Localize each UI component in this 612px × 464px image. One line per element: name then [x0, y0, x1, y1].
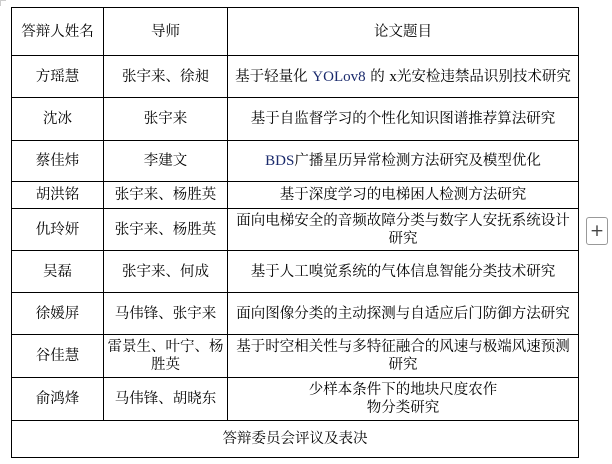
- committee-review-vote: 答辩委员会评议及表决: [12, 421, 579, 458]
- thesis-title: 基于自监督学习的个性化知识图谱推荐算法研究: [228, 98, 579, 141]
- thesis-title-line: 物分类研究: [231, 399, 575, 417]
- advisor-names: 马伟锋、张宇来: [104, 293, 228, 335]
- advisor-names: 张宇来: [104, 98, 228, 141]
- student-name: 俞鸿烽: [12, 378, 104, 421]
- advisor-names: 李建文: [104, 141, 228, 182]
- student-name: 胡洪铭: [12, 182, 104, 209]
- thesis-title: 基于深度学习的电梯困人检测方法研究: [228, 182, 579, 209]
- thesis-title: 少样本条件下的地块尺度农作 物分类研究: [228, 378, 579, 421]
- table-row: 俞鸿烽 马伟锋、胡晓东 少样本条件下的地块尺度农作 物分类研究: [12, 378, 579, 421]
- thesis-title-part: 基于轻量化: [235, 69, 308, 85]
- add-row-button[interactable]: +: [586, 217, 608, 245]
- student-name: 方瑶慧: [12, 56, 104, 98]
- thesis-title-part: 光安检违禁品识别技术研究: [397, 69, 571, 85]
- thesis-title-acronym: BDS: [265, 153, 294, 169]
- thesis-title: 基于轻量化 YOLov8 的 x光安检违禁品识别技术研究: [228, 56, 579, 98]
- table-footer-row: 答辩委员会评议及表决: [12, 421, 579, 458]
- student-name: 谷佳慧: [12, 335, 104, 378]
- table-row: 徐媛屏 马伟锋、张宇来 面向图像分类的主动探测与自适应后门防御方法研究: [12, 293, 579, 335]
- student-name: 沈冰: [12, 98, 104, 141]
- thesis-title: 基于人工嗅觉系统的气体信息智能分类技术研究: [228, 251, 579, 293]
- thesis-title-model-name: YOLov8: [312, 69, 365, 85]
- thesis-title-line: 少样本条件下的地块尺度农作: [231, 381, 575, 399]
- table-row: 蔡佳炜 李建文 BDS广播星历异常检测方法研究及模型优化: [12, 141, 579, 182]
- thesis-title: BDS广播星历异常检测方法研究及模型优化: [228, 141, 579, 182]
- table-row: 胡洪铭 张宇来、杨胜英 基于深度学习的电梯困人检测方法研究: [12, 182, 579, 209]
- page-corner-mark: [0, 0, 6, 6]
- plus-icon: +: [590, 223, 604, 240]
- advisor-names: 张宇来、杨胜英: [104, 182, 228, 209]
- table-row: 方瑶慧 张宇来、徐昶 基于轻量化 YOLov8 的 x光安检违禁品识别技术研究: [12, 56, 579, 98]
- header-advisor: 导师: [104, 8, 228, 56]
- header-student-name: 答辩人姓名: [12, 8, 104, 56]
- table-row: 仇玲妍 张宇来、杨胜英 面向电梯安全的音频故障分类与数字人安抚系统设计研究: [12, 209, 579, 251]
- table-row: 沈冰 张宇来 基于自监督学习的个性化知识图谱推荐算法研究: [12, 98, 579, 141]
- thesis-title-part: 的: [370, 69, 385, 85]
- advisor-names: 张宇来、徐昶: [104, 56, 228, 98]
- header-thesis-title: 论文题目: [228, 8, 579, 56]
- student-name: 徐媛屏: [12, 293, 104, 335]
- table-row: 吴磊 张宇来、何成 基于人工嗅觉系统的气体信息智能分类技术研究: [12, 251, 579, 293]
- student-name: 仇玲妍: [12, 209, 104, 251]
- advisor-names: 雷景生、叶宁、杨胜英: [104, 335, 228, 378]
- thesis-title: 面向图像分类的主动探测与自适应后门防御方法研究: [228, 293, 579, 335]
- thesis-title: 基于时空相关性与多特征融合的风速与极端风速预测研究: [228, 335, 579, 378]
- thesis-title: 面向电梯安全的音频故障分类与数字人安抚系统设计研究: [228, 209, 579, 251]
- student-name: 吴磊: [12, 251, 104, 293]
- advisor-names: 张宇来、何成: [104, 251, 228, 293]
- table-header-row: 答辩人姓名 导师 论文题目: [12, 8, 579, 56]
- thesis-title-part: 广播星历异常检测方法研究及模型优化: [294, 153, 541, 169]
- thesis-title-xray-letter: x: [389, 69, 397, 85]
- advisor-names: 张宇来、杨胜英: [104, 209, 228, 251]
- advisor-names: 马伟锋、胡晓东: [104, 378, 228, 421]
- thesis-defense-table: 答辩人姓名 导师 论文题目 方瑶慧 张宇来、徐昶 基于轻量化 YOLov8 的 …: [11, 7, 579, 458]
- table-row: 谷佳慧 雷景生、叶宁、杨胜英 基于时空相关性与多特征融合的风速与极端风速预测研究: [12, 335, 579, 378]
- student-name: 蔡佳炜: [12, 141, 104, 182]
